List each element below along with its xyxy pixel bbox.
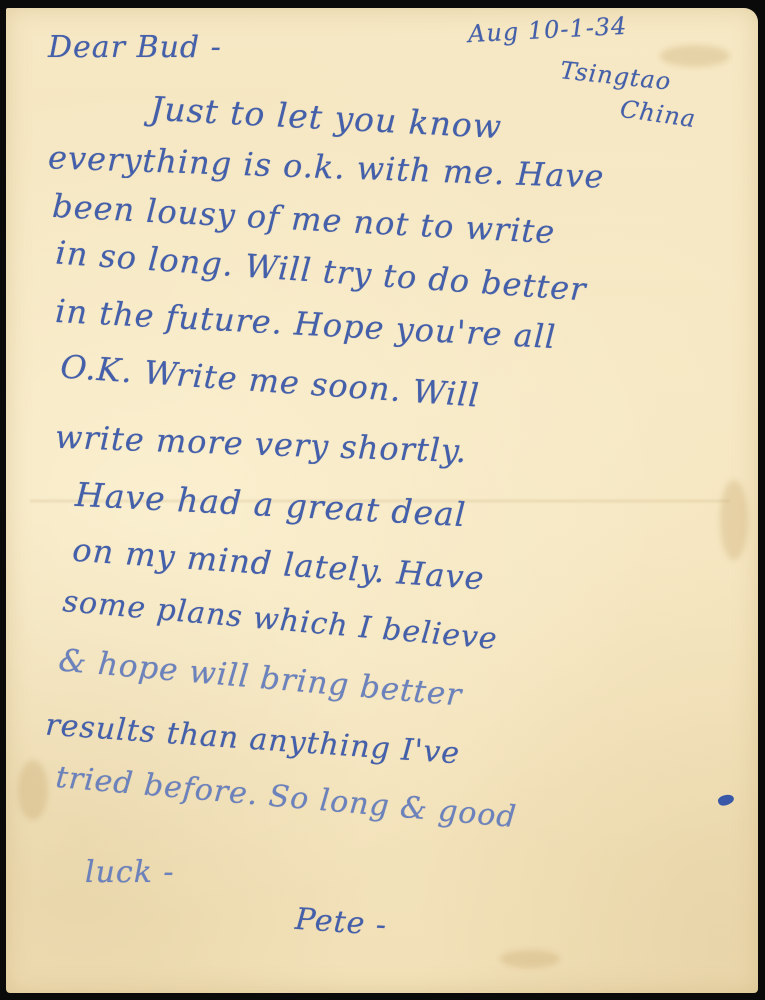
paper-stain: [18, 760, 48, 820]
perforated-edge-top: [6, 4, 746, 12]
signature: Pete -: [294, 902, 388, 943]
paper-stain: [500, 950, 560, 968]
perforated-edge-right: [754, 20, 762, 990]
salutation: Dear Bud -: [48, 30, 222, 65]
perforated-edge-left: [2, 10, 10, 990]
paper-stain: [660, 45, 730, 67]
letter-line: luck -: [85, 855, 175, 890]
paper-stain: [720, 480, 748, 560]
perforated-edge-bottom: [6, 988, 746, 996]
